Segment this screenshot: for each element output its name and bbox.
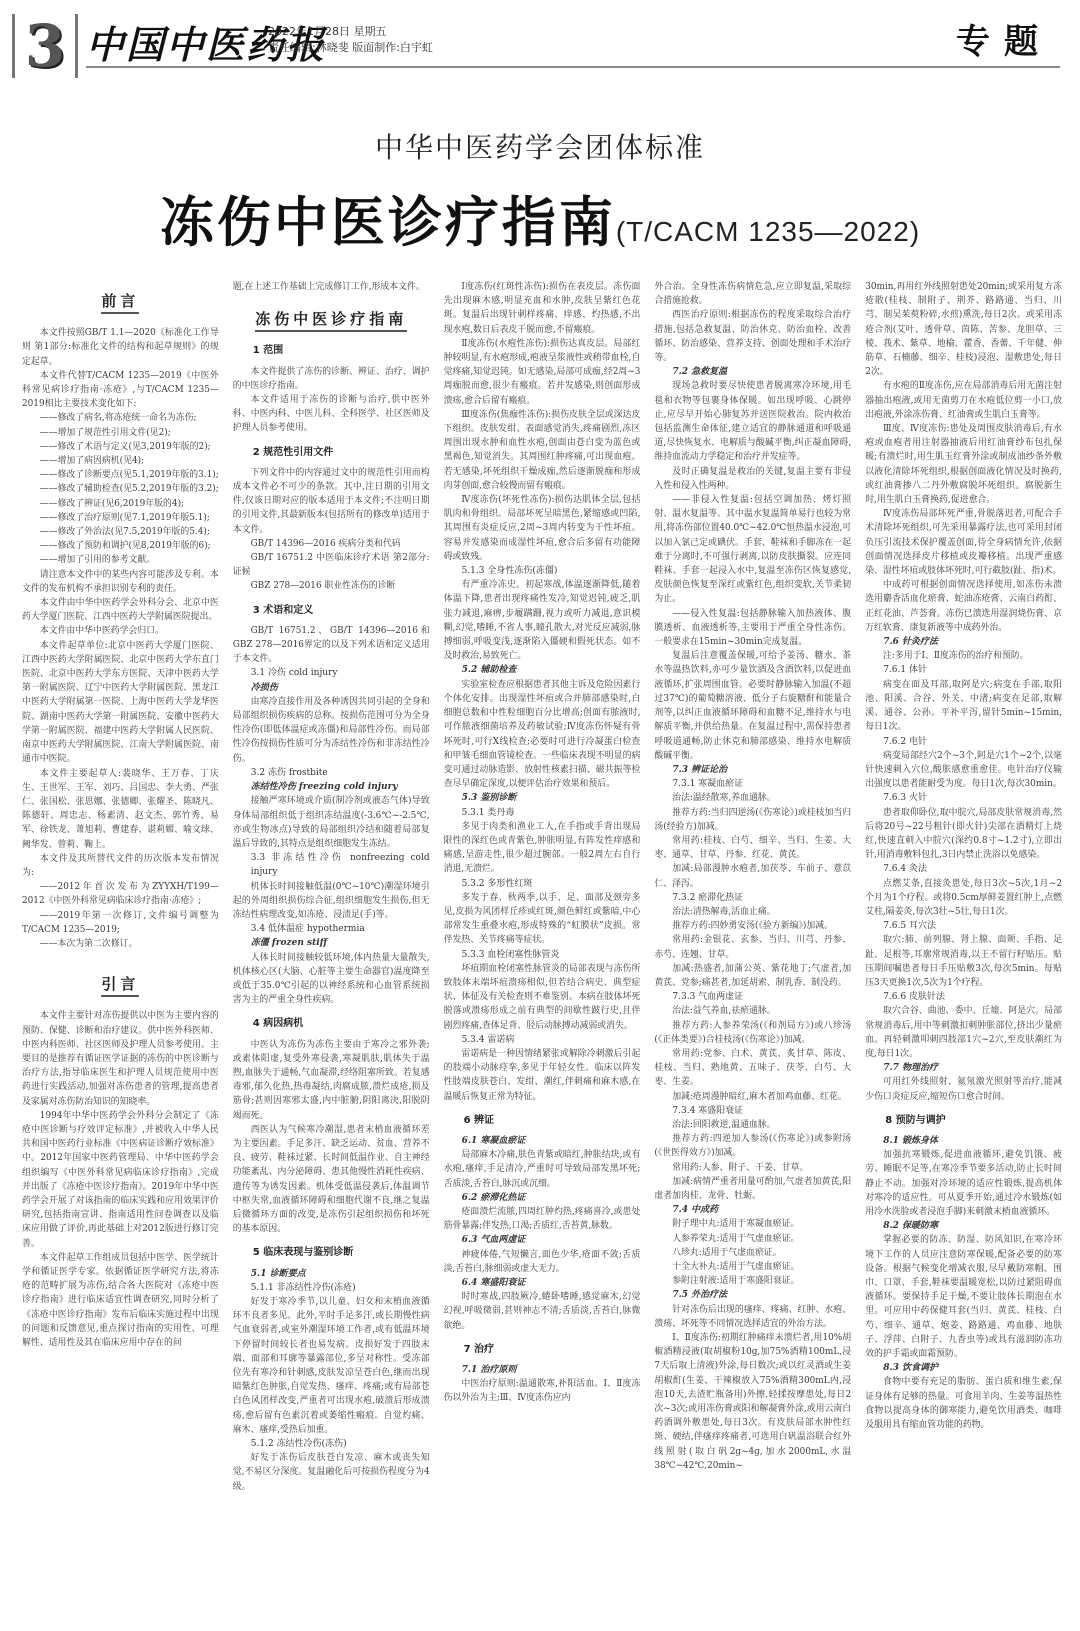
paragraph: 时时寒战,四肢厥冷,蜷卧嗜睡,感觉麻木,幻觉幻视,呼吸微弱,甚则神志不清;舌质淡… <box>444 1290 641 1333</box>
paragraph: 有严重冷冻史。初起寒战,体温逐渐降低,随着体温下降,患者出现疼痛性发冷,知觉迟钝… <box>444 578 641 663</box>
subsection-heading: 7.3.1 寒凝血瘀证 <box>654 777 851 791</box>
paragraph: 点燃艾条,直接灸患处,每日3次~5次,1月~2个月为1个疗程。或将0.5cm厚鲜… <box>865 877 1062 920</box>
paragraph: ——侵入性复温:包括静脉输入加热液体、腹膜透析、血液透析等,主要用于严重全身性冻… <box>654 607 851 650</box>
paragraph: Ⅳ度冻伤(坏死性冻伤):损伤达肌体全层,包括肌肉和骨组织。局部坏死呈暗黑色,紧缩… <box>444 493 641 564</box>
paragraph: 推荐方药:人参养荣汤(《和剂局方》)或八珍汤(《正体类要》)合桂枝汤(《伤寒论》… <box>654 1019 851 1047</box>
change-item: ——修改了辅助检查(见5.2,2019年版的3.2); <box>22 482 219 496</box>
subsection-heading: 5.1.2 冻结性冷伤(冻伤) <box>233 1437 430 1451</box>
paragraph: 人体长时间接触较低环境,体内热量大量散失,机体核心区(大脑、心脏等主要生命器官)… <box>233 951 430 1008</box>
section-heading: 8 预防与调护 <box>865 1114 1062 1128</box>
paragraph: 外合治。全身性冻伤病情危急,应立即复温,采取综合措施抢救。 <box>654 280 851 308</box>
standard-code: (T/CACM 1235—2022) <box>616 216 920 247</box>
paragraph: 病变局部经穴2个~3个,阿是穴1个~2个,以毫针快速刺入穴位,酸胀感愈重愈佳。电… <box>865 749 1062 792</box>
history-item: ——本次为第二次修订。 <box>22 937 219 951</box>
paragraph: 常用药:金银花、玄参、当归、川芎、丹参、赤芍、连翘、甘草。 <box>654 933 851 961</box>
paragraph: 加减:疮周漫肿暗红,麻木者加鸡血藤、红花。 <box>654 1090 851 1104</box>
paragraph: 治法:益气养血,祛瘀通脉。 <box>654 1004 851 1018</box>
issue-meta: 2022年1月28日 星期五 责任编辑:林晓斐 版面制作:白宇虹 <box>268 24 433 56</box>
paragraph: 接触严寒环境或介质(制冷剂或液态气体)导致身体局部组织低于组织冻结温度(-3.6… <box>233 794 430 851</box>
foreword-heading-text: 前言 <box>101 292 139 314</box>
subsection-heading: 8.1 锻炼身体 <box>865 1134 1062 1148</box>
paragraph: 有水疱的Ⅱ度冻伤,应在局部消毒后用无菌注射器抽出疱液,或用无菌剪刀在水疱低位剪一… <box>865 379 1062 422</box>
paragraph: Ⅱ度冻伤(水疱性冻伤):损伤达真皮层。局部红肿较明显,有水疱形成,疱液呈浆液性或… <box>444 337 641 408</box>
subsection-heading: 7.6.1 体针 <box>865 663 1062 677</box>
section-heading: 1 范围 <box>233 344 430 358</box>
subsection-heading: 6.3 气血两虚证 <box>444 1233 641 1247</box>
subsection-heading: 5.3.1 类丹毒 <box>444 806 641 820</box>
paragraph: 由寒冷直接作用及各种诱因共同引起的全身和局部组织损伤疾病的总称。按损伤范围可分为… <box>233 695 430 766</box>
change-item: ——修改了治疗原则(见7.1,2019年版5.1); <box>22 511 219 525</box>
article-subtitle: 中华中医药学会团体标准 <box>0 126 1080 166</box>
paragraph: 好发于寒冷季节,以儿童、妇女和末梢血液循环不良者多见。此外,平时手足多汗,或长期… <box>233 1295 430 1437</box>
history-item: ——2012年首次发布为ZYYXH/T199—2012《中医外科常见病临床诊疗指… <box>22 880 219 908</box>
term-heading: 3.1 冷伤 cold injury <box>233 666 430 680</box>
section-heading: 7 治疗 <box>444 1343 641 1357</box>
section-heading: 5 临床表现与鉴别诊断 <box>233 1246 430 1260</box>
term-alt: 冻僵 frozen stiff <box>233 936 430 950</box>
paragraph: 治法:清热解毒,活血止痛。 <box>654 905 851 919</box>
change-item: ——增加了规范性引用文件(见2); <box>22 426 219 440</box>
column-1: 前言 本文件按照GB/T 1.1—2020《标准化工作导则 第1部分:标准化文件… <box>22 280 219 1620</box>
subsection-heading: 8.3 饮食调护 <box>865 1361 1062 1375</box>
foreword-heading: 前言 <box>22 294 219 308</box>
subsection-heading: 7.3.3 气血两虚证 <box>654 990 851 1004</box>
paragraph: 中医治疗原则:温通散寒,补阳活血。Ⅰ、Ⅱ度冻伤以外治为主;Ⅲ、Ⅳ度冻伤应内 <box>444 1377 641 1405</box>
paragraph: Ⅰ、Ⅱ度冻伤:初期红肿痛痒未溃烂者,用10%胡椒酒精浸液(取胡椒粉10g,加75… <box>654 1331 851 1473</box>
subsection-heading: 6.4 寒盛阳衰证 <box>444 1276 641 1290</box>
reference-item: GB/T 14396—2016 疾病分类和代码 <box>233 537 430 551</box>
patent-medicine-item: 人参养荣丸:适用于气虚血瘀证。 <box>654 1232 851 1246</box>
paragraph: 现场急救时要尽快使患者脱离寒冷环境,用毛毯和衣物等包裹身体保暖。如出现呼吸、心跳… <box>654 379 851 464</box>
term-heading: 3.4 低体温症 hypothermia <box>233 922 430 936</box>
patent-medicine-item: 参附注射液:适用于寒盛阳衰证。 <box>654 1274 851 1288</box>
change-item: ——修改了辨证(见6,2019年版的4); <box>22 497 219 511</box>
paragraph: Ⅲ度、Ⅳ度冻伤:患处及周围皮肤消毒后,有水疱或血疱者用注射器抽液后用红油膏纱布包… <box>865 422 1062 507</box>
subsection-heading: 5.2 辅助检查 <box>444 663 641 677</box>
paragraph: 中医认为冻伤为冻伤主要由于寒冷之邪外袭;或素体阳虚,复受外寒侵袭,寒凝肌肤,肌体… <box>233 1038 430 1123</box>
subsection-heading: 7.7 物理治疗 <box>865 1061 1062 1075</box>
term-alt: 冷损伤 <box>233 681 430 695</box>
paragraph: 取穴:肺、前列腺、肾上腺、面颊、手指、足趾、足根等,耳廓常规消毒,以王不留行籽贴… <box>865 933 1062 990</box>
subsection-heading: 5.3.3 血栓闭塞性脉管炎 <box>444 948 641 962</box>
paragraph: 下列文件中的内容通过文中的规范性引用而构成本文件必不可少的条款。其中,注日期的引… <box>233 466 430 537</box>
reference-item: GBZ 278—2016 职业性冻伤的诊断 <box>233 579 430 593</box>
editors-line: 责任编辑:林晓斐 版面制作:白宇虹 <box>268 40 433 56</box>
paragraph: 本文件代替T/CACM 1235—2019《中医外科常见病诊疗指南·冻疮》,与T… <box>22 369 219 412</box>
change-item: ——增加了病因病机(见4); <box>22 454 219 468</box>
paragraph: ——非侵入性复温:包括空调加热、烤灯照射、温水复温等。其中温水复温简单易行也较为… <box>654 493 851 607</box>
paragraph: 本文件提供了冻伤的诊断、辨证、治疗、调护的中医诊疗指南。 <box>233 365 430 393</box>
term-heading: 3.2 冻伤 frostbite <box>233 766 430 780</box>
paragraph: 病变在面及耳部,取阿是穴;病变在手部,取阳池、阳溪、合谷、外关、中渚;病变在足部… <box>865 678 1062 735</box>
page-number: 3 <box>25 17 65 75</box>
paragraph: 常用药:桂枝、白芍、细辛、当归、生姜、大枣、通草、甘草、丹参、红花、黄芪。 <box>654 834 851 862</box>
patent-medicine-item: 八珍丸:适用于气虚血瘀证。 <box>654 1246 851 1260</box>
paragraph: 西医认为气候寒冷潮湿,患者末梢血液循环差为主要因素。手足多汗、缺乏运动、贫血、营… <box>233 1123 430 1237</box>
subsection-heading: 5.1.3 全身性冻伤(冻僵) <box>444 564 641 578</box>
paragraph: 30min,再用红外线照射患处20min;或采用复方冻疮散(桂枝、制附子、荆芥、… <box>865 280 1062 379</box>
paragraph: GB/T 16751.2、GB/T 14396—2016和GBZ 278—201… <box>233 624 430 667</box>
paragraph: 神疲体倦,气短懒言,面色少华,疮面不敛;舌质淡,舌苔白,脉细弱或虚大无力。 <box>444 1248 641 1276</box>
paragraph: 1994年中华中医药学会外科分会制定了《冻疮中医诊断与疗效评定标准》,并被收入中… <box>22 1109 219 1251</box>
column-5: 30min,再用红外线照射患处20min;或采用复方冻疮散(桂枝、制附子、荆芥、… <box>865 280 1062 1620</box>
paragraph: 复温后注意覆盖保暖,可给予姜汤、糖水、茶水等温热饮料,亦可少量饮酒及含酒饮料,以… <box>654 649 851 763</box>
paragraph: 推荐方药:四逆加人参汤(《伤寒论》)或参附汤(《世医得效方》)加减。 <box>654 1132 851 1160</box>
article-title: 冻伤中医诊疗指南(T/CACM 1235—2022) <box>0 180 1080 257</box>
paragraph: 本文件主要针对冻伤提供以中医为主要内容的预防、保健、诊断和治疗建议。供中医外科医… <box>22 1009 219 1108</box>
section-heading: 3 术语和定义 <box>233 604 430 618</box>
subsection-heading: 6.1 寒凝血瘀证 <box>444 1134 641 1148</box>
paragraph: 加强抗寒锻炼,促进血液循环,避免饥饿、疲劳、睡眠不足等,在寒冷季节要多活动,防止… <box>865 1148 1062 1219</box>
paragraph: 注:多用于Ⅰ、Ⅱ度冻伤的治疗和预防。 <box>865 649 1062 663</box>
article-title-text: 冻伤中医诊疗指南 <box>160 191 616 254</box>
paragraph: 推荐方药:当归四逆汤(《伤寒论》)或桂枝加当归汤(经验方)加减。 <box>654 806 851 834</box>
paragraph: 本文件适用于冻伤的诊断与治疗,供中医外科、中医内科、中医儿科、全科医学、社区医师… <box>233 393 430 436</box>
subsection-heading: 5.3.4 雷诺病 <box>444 1033 641 1047</box>
subsection-heading: 7.5 外治疗法 <box>654 1288 851 1302</box>
paragraph: 加减:病情严重者用量可酌加,气虚者加黄芪,阳虚者加肉桂、龙骨、牡蛎。 <box>654 1175 851 1203</box>
subsection-heading: 7.1 治疗原则 <box>444 1363 641 1377</box>
subsection-heading: 5.3 鉴别诊断 <box>444 791 641 805</box>
subsection-heading: 7.6.3 火针 <box>865 791 1062 805</box>
paragraph: 好发于冻伤后皮肤苍白发凉、麻木或丧失知觉,不易区分深度。复温融化后可按损伤程度分… <box>233 1451 430 1494</box>
paragraph: 患者取仰卧位,取中脘穴,局部皮肤常规消毒,然后将20号~22号粗针(即火针)尖部… <box>865 806 1062 863</box>
introduction-heading: 引言 <box>22 977 219 991</box>
change-item: ——增加了引用的参考文献。 <box>22 553 219 567</box>
paragraph: 本文件由中华中医药学会外科分会、北京中医药大学厦门医院、江西中医药大学附属医院提… <box>22 596 219 624</box>
paragraph: 可用红外线照射、氦氖激光照射等治疗,能减少伤口炎症反应,缩短伤口愈合时间。 <box>865 1075 1062 1103</box>
paragraph: Ⅲ度冻伤(焦痂性冻伤):损伤皮肤全层或深达皮下组织。皮肤发绀、表面感觉消失,疼痛… <box>444 408 641 493</box>
page-number-box: 3 <box>12 14 78 78</box>
change-item: ——修改了诊断要点(见5.1,2019年版的3.1); <box>22 468 219 482</box>
subsection-heading: 7.6.5 耳穴法 <box>865 919 1062 933</box>
reference-item: GB/T 16751.2 中医临床诊疗术语 第2部分:证候 <box>233 551 430 579</box>
issue-date: 2022年1月28日 星期五 <box>268 24 433 40</box>
patent-medicine-item: 十全大补丸:适用于气虚血瘀证。 <box>654 1260 851 1274</box>
paragraph: 请注意本文件中的某些内容可能涉及专利。本文件的发布机构不承担识别专利的责任。 <box>22 568 219 596</box>
paragraph: Ⅰ度冻伤(红斑性冻伤):损伤在表皮层。冻伤面先出现麻木感,明显充血和水肿,皮肤呈… <box>444 280 641 337</box>
paragraph: 治法:回阳救逆,温通血脉。 <box>654 1118 851 1132</box>
subsection-heading: 7.4 中成药 <box>654 1203 851 1217</box>
subsection-heading: 7.3.4 寒盛阳衰证 <box>654 1104 851 1118</box>
term-heading: 3.3 非冻结性冷伤 nonfreezing cold injury <box>233 851 430 879</box>
paragraph: 多见于肉类和渔业工人,在手指或手背出现局限性的深红色或青紫色,肿胀明显,有阵发性… <box>444 820 641 877</box>
paragraph: 食物中要有充足的脂肪、蛋白质和维生素,保证身体有足够的热量。可食用羊肉、生姜等温… <box>865 1375 1062 1432</box>
header-rule <box>86 66 1060 68</box>
paragraph: 治法:温经散寒,养血通脉。 <box>654 791 851 805</box>
paragraph: 机体长时间接触低温(0℃~10℃)潮湿环境引起的外周组织损伤综合征,组织细胞发生… <box>233 880 430 923</box>
paragraph: 取穴合谷、曲池、委中、丘墟、阿是穴。局部常规消毒后,用中等刺激扣刺肿胀部位,挤出… <box>865 1004 1062 1061</box>
section-heading: 4 病因病机 <box>233 1017 430 1031</box>
masthead: 3 中国中医药报 2022年1月28日 星期五 责任编辑:林晓斐 版面制作:白宇… <box>0 0 1080 80</box>
subsection-heading: 7.2 急救复温 <box>654 365 851 379</box>
paragraph: 雷诺病是一种因情绪紧张或解除冷刺激后引起的肢端小动脉痉挛,多见于年轻女性。临床以… <box>444 1047 641 1104</box>
change-item: ——修改了病名,将冻疮统一命名为冻伤; <box>22 411 219 425</box>
paragraph: 本文件由中华中医药学会归口。 <box>22 624 219 638</box>
subsection-heading: 7.3.2 瘀滞化热证 <box>654 891 851 905</box>
subsection-heading: 7.6.2 电针 <box>865 735 1062 749</box>
paragraph: 多发于春、秋两季,以手、足、面部及颈旁多见,皮损为风团样丘疹或红斑,颜色鲜红或紫… <box>444 891 641 948</box>
guide-heading-text: 冻伤中医诊疗指南 <box>255 310 407 332</box>
paragraph: 本文件及其所替代文件的历次版本发布情况为: <box>22 852 219 880</box>
column-2: 题,在上述工作基础上完成修订工作,形成本文件。 冻伤中医诊疗指南 1 范围 本文… <box>233 280 430 1620</box>
paragraph: 本文件起草工作组成员包括中医学、医学统计学和循证医学专家。依据循证医学研究方法,… <box>22 1251 219 1350</box>
subsection-heading: 7.3 辨证论治 <box>654 763 851 777</box>
paragraph: 推荐方药:四妙勇安汤(《验方新编》)加减。 <box>654 919 851 933</box>
subsection-heading: 5.3.2 多形性红斑 <box>444 877 641 891</box>
paragraph: 常用药:党参、白术、黄芪、炙甘草、陈皮、桂枝、当归、熟地黄、五味子、茯苓、白芍、… <box>654 1047 851 1090</box>
paragraph: 本文件主要起草人:裴晓华、王万春、丁庆生、王世军、王军、刘巧、吕国忠、李大勇、严… <box>22 767 219 852</box>
article-body: 前言 本文件按照GB/T 1.1—2020《标准化工作导则 第1部分:标准化文件… <box>22 280 1062 1620</box>
paragraph: 针对冻伤后出现的瘙痒、疼痛、红肿、水疱、溃疡、坏死等不同情况选择适宜的外治方法。 <box>654 1303 851 1331</box>
introduction-heading-text: 引言 <box>101 975 139 997</box>
paragraph: 西医治疗原则:根据冻伤的程度采取综合治疗措施,包括急救复温、防治休克、防治血栓、… <box>654 308 851 365</box>
paragraph: 加减:局部漫肿水疱者,加茯苓、车前子、薏苡仁、泽泻。 <box>654 862 851 890</box>
subsection-heading: 7.6.4 灸法 <box>865 862 1062 876</box>
change-item: ——修改了外治法(见7.5,2019年版的5.4); <box>22 525 219 539</box>
subsection-heading: 7.6.6 皮肤针法 <box>865 990 1062 1004</box>
paragraph: 实验室检查应根据患者其他主诉及危险因素行个体化安排。出现湿性坏疽或合并肺部感染时… <box>444 678 641 792</box>
change-item: ——修改了预防和调护(见8,2019年版的6); <box>22 539 219 553</box>
subsection-heading: 5.1.1 非冻结性冷伤(冻疮) <box>233 1281 430 1295</box>
term-alt: 冻结性冷伤 freezing cold injury <box>233 780 430 794</box>
history-item: ——2019年第一次修订,文件编号调整为T/CACM 1235—2019; <box>22 909 219 937</box>
section-heading: 6 辨证 <box>444 1114 641 1128</box>
subsection-heading: 7.6 针灸疗法 <box>865 635 1062 649</box>
paragraph: 本文件按照GB/T 1.1—2020《标准化工作导则 第1部分:标准化文件的结构… <box>22 326 219 369</box>
paragraph: 局部麻木冷痛,肤色青紫或暗红,肿胀结块,或有水疱,瘙痒,手足清冷,严重时可导致局… <box>444 1148 641 1191</box>
paragraph: 常用药:人参、附子、干姜、甘草。 <box>654 1161 851 1175</box>
subsection-heading: 5.1 诊断要点 <box>233 1267 430 1281</box>
paragraph: 题,在上述工作基础上完成修订工作,形成本文件。 <box>233 280 430 294</box>
paragraph: Ⅳ度冻伤局部坏死严重,骨脱落迟者,可配合手术清除坏死组织,可先采用暴露疗法,也可… <box>865 507 1062 578</box>
section-tag: 专题 <box>956 14 1052 63</box>
subsection-heading: 6.2 瘀滞化热证 <box>444 1191 641 1205</box>
section-heading: 2 规范性引用文件 <box>233 446 430 460</box>
column-3: Ⅰ度冻伤(红斑性冻伤):损伤在表皮层。冻伤面先出现麻木感,明显充血和水肿,皮肤呈… <box>444 280 641 1620</box>
guide-heading: 冻伤中医诊疗指南 <box>233 312 430 326</box>
paragraph: 本文件起草单位:北京中医药大学厦门医院、江西中医药大学附属医院、北京中医药大学东… <box>22 639 219 767</box>
column-4: 外合治。全身性冻伤病情危急,应立即复温,采取综合措施抢救。 西医治疗原则:根据冻… <box>654 280 851 1620</box>
paragraph: 疮面溃烂流脓,四周红肿灼热,疼痛喜冷,或患处筋骨暴露;伴发热,口渴;舌质红,舌苔… <box>444 1205 641 1233</box>
paragraph: 及时正确复温是救治的关键,复温主要有非侵入性和侵入性两种。 <box>654 465 851 493</box>
paragraph: 中成药可根据创面情况选择使用,如冻伤未溃选用麝香活血化瘀膏、蛇油冻疮膏、云南白药… <box>865 578 1062 635</box>
paragraph: 坏疽期血栓闭塞性脉管炎的局部表现与冻伤所致肢体末端坏疽溃疡相似,但若结合病史、典… <box>444 962 641 1033</box>
change-item: ——修改了术语与定义(见3,2019年版的2); <box>22 440 219 454</box>
subsection-heading: 8.2 保暖防寒 <box>865 1219 1062 1233</box>
paragraph: 加减:热盛者,加蒲公英、紫花地丁;气虚者,加黄芪、党参;痛甚者,加延胡索、制乳香… <box>654 962 851 990</box>
patent-medicine-item: 附子理中丸:适用于寒凝血瘀证。 <box>654 1217 851 1231</box>
paragraph: 掌握必要的防冻、防湿、防风知识,在寒冷环境下工作的人员应注意防寒保暖,配备必要的… <box>865 1233 1062 1361</box>
article-title-block: 中华中医药学会团体标准 冻伤中医诊疗指南(T/CACM 1235—2022) <box>0 126 1080 257</box>
